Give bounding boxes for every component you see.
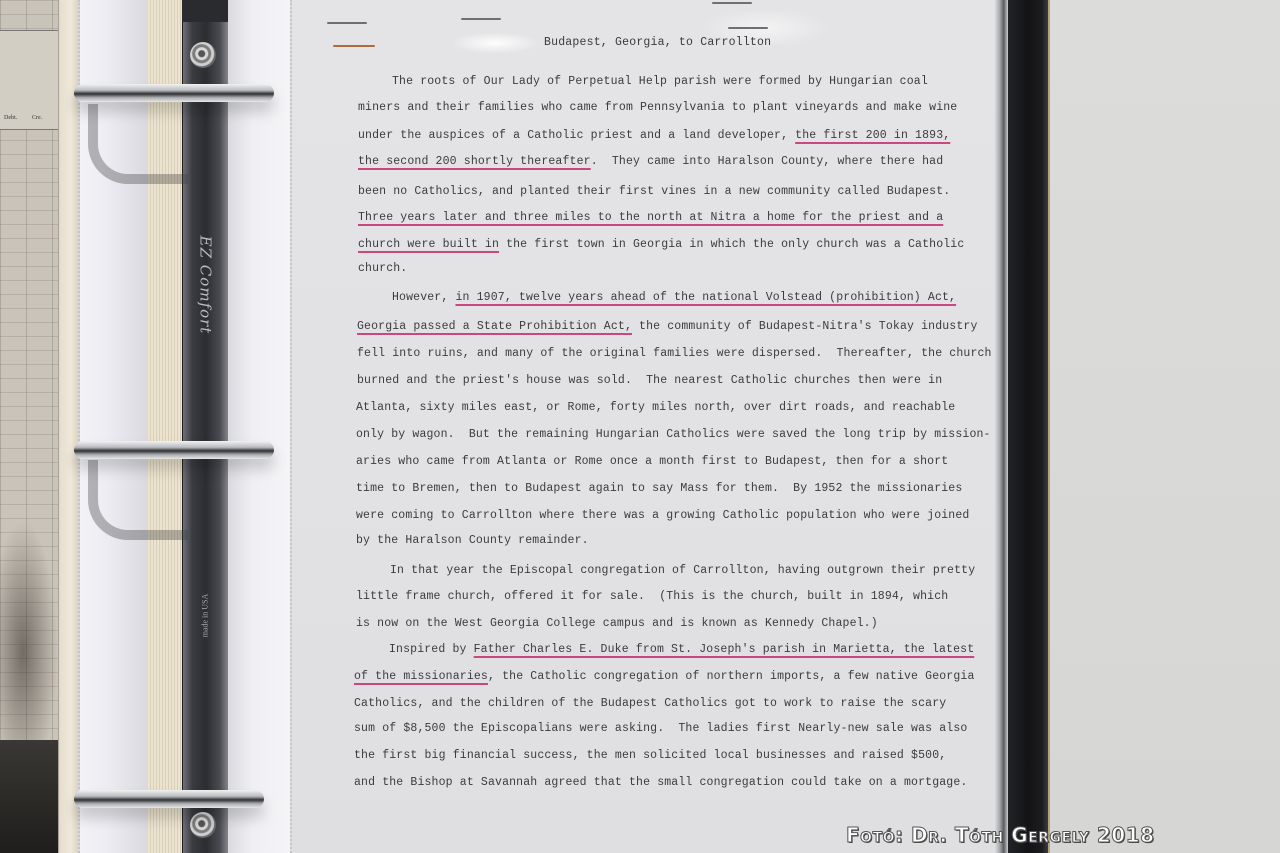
underlined-text: the second 200 shortly thereafter: [358, 155, 591, 168]
document-line: by the Haralson County remainder.: [356, 534, 589, 547]
document-line: sum of $8,500 the Episcopalians were ask…: [354, 722, 967, 735]
binder-spine-top: [182, 0, 228, 22]
text-segment: miners and their families who came from …: [358, 101, 957, 114]
sheet-protector-margin: [228, 0, 292, 853]
document-line: aries who came from Atlanta or Rome once…: [356, 455, 948, 468]
text-segment: Catholics, and the children of the Budap…: [354, 697, 946, 710]
document-line: been no Catholics, and planted their fir…: [358, 185, 950, 198]
staple-mark: [333, 45, 375, 47]
document-line: Atlanta, sixty miles east, or Rome, fort…: [356, 401, 955, 414]
binder-ring-middle[interactable]: [74, 441, 274, 459]
document-line: burned and the priest's house was sold. …: [357, 374, 942, 387]
document-line: However, in 1907, twelve years ahead of …: [358, 291, 956, 304]
ring-shadow: [88, 104, 188, 184]
text-segment: fell into ruins, and many of the origina…: [357, 347, 992, 360]
text-segment: . They came into Haralson County, where …: [591, 155, 944, 168]
document-line: Three years later and three miles to the…: [358, 211, 943, 224]
staple-mark: [712, 2, 752, 4]
document-line: were coming to Carrollton where there wa…: [356, 509, 969, 522]
document-line: little frame church, offered it for sale…: [356, 590, 948, 603]
text-segment: under the auspices of a Catholic priest …: [358, 129, 795, 142]
underlined-text: in 1907, twelve years ahead of the natio…: [455, 291, 956, 304]
underlined-text: of the missionaries: [354, 670, 488, 683]
text-segment: aries who came from Atlanta or Rome once…: [356, 455, 948, 468]
text-segment: time to Bremen, then to Budapest again t…: [356, 482, 962, 495]
text-segment: the first big financial success, the men…: [354, 749, 946, 762]
text-segment: Inspired by: [355, 643, 474, 656]
document-line: only by wagon. But the remaining Hungari…: [356, 428, 991, 441]
text-segment: by the Haralson County remainder.: [356, 534, 589, 547]
ledger-label-debit: Debt.: [4, 115, 17, 121]
text-segment: The roots of Our Lady of Perpetual Help …: [358, 75, 928, 88]
underlined-text: the first 200 in 1893,: [795, 129, 950, 142]
document-line: church.: [358, 262, 407, 275]
spine-brand-text: EZ Comfort: [196, 236, 214, 335]
staple-mark: [728, 27, 768, 29]
rivet-icon: [190, 812, 216, 838]
ledger-label-credit: Cre.: [32, 115, 42, 121]
ring-shadow: [88, 460, 188, 540]
underlined-text: Three years later and three miles to the…: [358, 211, 943, 224]
staple-mark: [327, 22, 367, 24]
document-title: Budapest, Georgia, to Carrollton: [544, 36, 771, 49]
rivet-icon: [190, 42, 216, 68]
text-segment: However,: [358, 291, 455, 304]
text-segment: church.: [358, 262, 407, 275]
spine-maker-text: made in USA: [201, 593, 210, 637]
document-line: the second 200 shortly thereafter. They …: [358, 155, 943, 168]
text-segment: were coming to Carrollton where there wa…: [356, 509, 969, 522]
table-surface: [1048, 0, 1280, 853]
text-segment: sum of $8,500 the Episcopalians were ask…: [354, 722, 967, 735]
text-segment: , the Catholic congregation of northern …: [488, 670, 975, 683]
ledger-shadow: [0, 740, 58, 853]
ledger-smudge: [0, 520, 58, 740]
document-line: In that year the Episcopal congregation …: [356, 564, 975, 577]
document-line: and the Bishop at Savannah agreed that t…: [354, 776, 967, 789]
binder-ring-top[interactable]: [74, 84, 274, 102]
document-line: fell into ruins, and many of the origina…: [357, 347, 992, 360]
underlined-text: church were built in: [358, 238, 499, 251]
light-glare: [450, 32, 540, 54]
document-line: miners and their families who came from …: [358, 101, 957, 114]
text-segment: burned and the priest's house was sold. …: [357, 374, 942, 387]
document-line: under the auspices of a Catholic priest …: [358, 129, 950, 142]
binder-spine: [182, 0, 230, 853]
photo-credit-watermark: Fotó: Dr. Tóth Gergely 2018: [846, 823, 1155, 847]
binder-cover-edge: [1008, 0, 1050, 853]
document-line: Inspired by Father Charles E. Duke from …: [355, 643, 974, 656]
text-segment: only by wagon. But the remaining Hungari…: [356, 428, 991, 441]
text-segment: is now on the West Georgia College campu…: [356, 617, 878, 630]
staple-mark: [461, 18, 501, 20]
document-line: the first big financial success, the men…: [354, 749, 946, 762]
spine-brand-emboss: EZ Comfort: [191, 220, 219, 350]
document-line: time to Bremen, then to Budapest again t…: [356, 482, 962, 495]
text-segment: the first town in Georgia in which the o…: [499, 238, 964, 251]
text-segment: and the Bishop at Savannah agreed that t…: [354, 776, 967, 789]
document-line: Georgia passed a State Prohibition Act, …: [357, 320, 978, 333]
text-segment: In that year the Episcopal congregation …: [356, 564, 975, 577]
ledger-header: Debt. Cre.: [0, 30, 58, 130]
binder-card-edge: [60, 0, 79, 853]
ledger-sheet: Debt. Cre.: [0, 0, 59, 853]
text-segment: little frame church, offered it for sale…: [356, 590, 948, 603]
binder-ring-bottom[interactable]: [74, 790, 264, 808]
underlined-text: Father Charles E. Duke from St. Joseph's…: [474, 643, 975, 656]
document-line: church were built in the first town in G…: [358, 238, 964, 251]
sheet-stack-right: [994, 0, 1008, 853]
underlined-text: Georgia passed a State Prohibition Act,: [357, 320, 632, 333]
text-segment: been no Catholics, and planted their fir…: [358, 185, 950, 198]
document-line: The roots of Our Lady of Perpetual Help …: [358, 75, 928, 88]
text-segment: Atlanta, sixty miles east, or Rome, fort…: [356, 401, 955, 414]
text-segment: the community of Budapest-Nitra's Tokay …: [632, 320, 978, 333]
document-line: of the missionaries, the Catholic congre…: [354, 670, 975, 683]
document-line: Catholics, and the children of the Budap…: [354, 697, 946, 710]
document-line: is now on the West Georgia College campu…: [356, 617, 878, 630]
spine-maker-emboss: made in USA: [189, 560, 221, 670]
